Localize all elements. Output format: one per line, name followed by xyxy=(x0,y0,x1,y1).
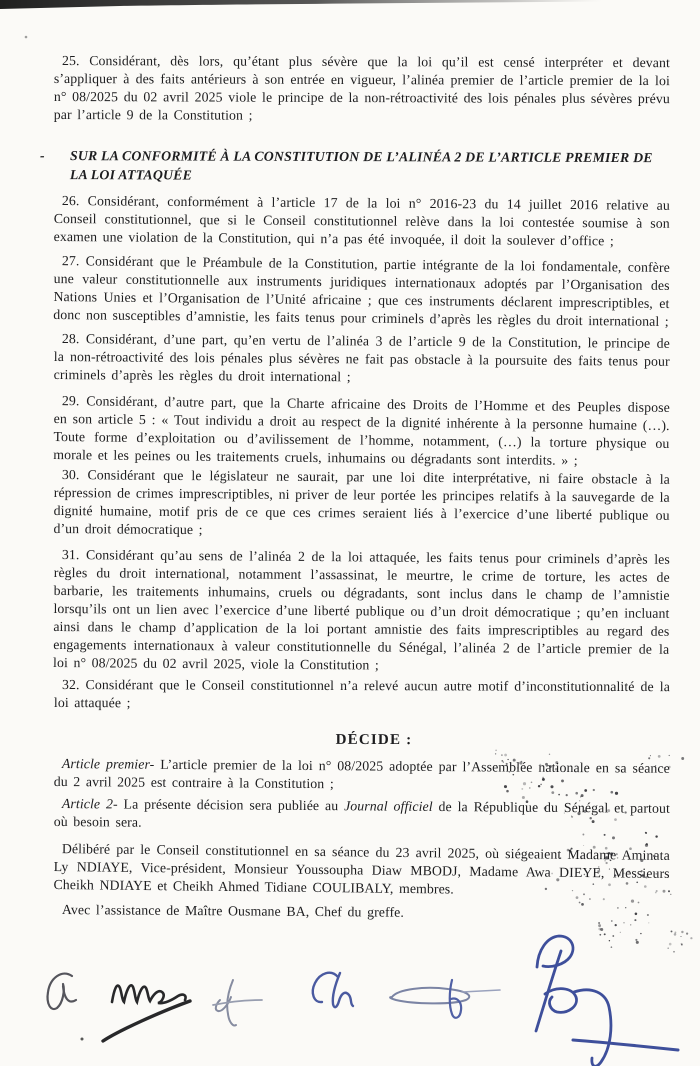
scan-edge-artifact xyxy=(0,0,700,9)
heading-text: SUR LA CONFORMITÉ À LA CONSTITUTION DE L… xyxy=(70,146,670,186)
considerant-27: 27. Considérant que le Préambule de la C… xyxy=(53,252,670,331)
considerant-text: Considérant que le législateur ne saurai… xyxy=(53,467,670,537)
considerant-text: Considérant, d’autre part, que la Charte… xyxy=(53,393,670,468)
considerant-number: 29. xyxy=(62,393,80,408)
article-label: Article 2- xyxy=(62,796,118,811)
considerant-28: 28. Considérant, d’une part, qu’en vertu… xyxy=(54,330,670,389)
signature-2 xyxy=(103,985,190,1041)
scanned-decision-page: 25. Considérant, dès lors, qu’étant plus… xyxy=(0,0,700,1066)
signature-4 xyxy=(313,973,353,1007)
decide-heading: DÉCIDE : xyxy=(66,730,682,751)
considerant-number: 26. xyxy=(62,193,80,208)
considerant-text: Considérant, dès lors, qu’étant plus sév… xyxy=(54,53,670,123)
assistance-text: Avec l’assistance de Maître Ousmane BA, … xyxy=(62,902,404,920)
article-2: Article 2- La présente décision sera pub… xyxy=(54,795,670,836)
considerant-32: 32. Considérant que le Conseil constitut… xyxy=(54,676,670,714)
signature-1 xyxy=(48,974,76,1009)
considerant-text: Considérant, conformément à l’article 17… xyxy=(54,193,670,248)
deliberation-paragraph: Délibéré par le Conseil constitutionnel … xyxy=(53,840,670,901)
considerant-number: 31. xyxy=(62,547,80,562)
considerant-26: 26. Considérant, conformément à l’articl… xyxy=(54,192,670,251)
considerant-text: Considérant que le Conseil constitutionn… xyxy=(54,677,670,710)
ink-speck xyxy=(25,36,28,39)
deliberation-text: Délibéré par le Conseil constitutionnel … xyxy=(53,841,670,896)
considerant-number: 32. xyxy=(62,677,80,692)
article-premier: Article premier- L’article premier de la… xyxy=(54,755,670,796)
signature-6 xyxy=(536,936,678,1066)
considerant-number: 27. xyxy=(62,253,80,268)
heading-dash: - xyxy=(40,146,70,184)
considerant-29: 29. Considérant, d’autre part, que la Ch… xyxy=(53,392,670,471)
ink-speck xyxy=(81,1038,84,1041)
assistance-paragraph: Avec l’assistance de Maître Ousmane BA, … xyxy=(54,901,670,924)
section-heading: -SUR LA CONFORMITÉ À LA CONSTITUTION DE … xyxy=(40,146,670,186)
considerant-30: 30. Considérant que le législateur ne sa… xyxy=(53,466,670,543)
article-text-pre: La présente décision sera publiée au xyxy=(124,797,345,814)
signature-5 xyxy=(390,980,500,1018)
considerant-number: 30. xyxy=(62,467,80,482)
considerant-number: 25. xyxy=(62,53,80,68)
considerant-text: Considérant, d’une part, qu’en vertu de … xyxy=(54,331,670,384)
signature-3 xyxy=(213,980,262,1025)
considerant-number: 28. xyxy=(62,331,80,346)
considerant-text: Considérant que le Préambule de la Const… xyxy=(53,253,670,329)
journal-officiel-reference: Journal officiel xyxy=(344,798,433,814)
considerant-text: Considérant qu’au sens de l’alinéa 2 de … xyxy=(53,547,670,672)
considerant-31: 31. Considérant qu’au sens de l’alinéa 2… xyxy=(53,546,670,677)
article-label: Article premier- xyxy=(62,756,155,772)
considerant-25: 25. Considérant, dès lors, qu’étant plus… xyxy=(54,52,670,126)
document-text-block: 25. Considérant, dès lors, qu’étant plus… xyxy=(54,52,670,919)
